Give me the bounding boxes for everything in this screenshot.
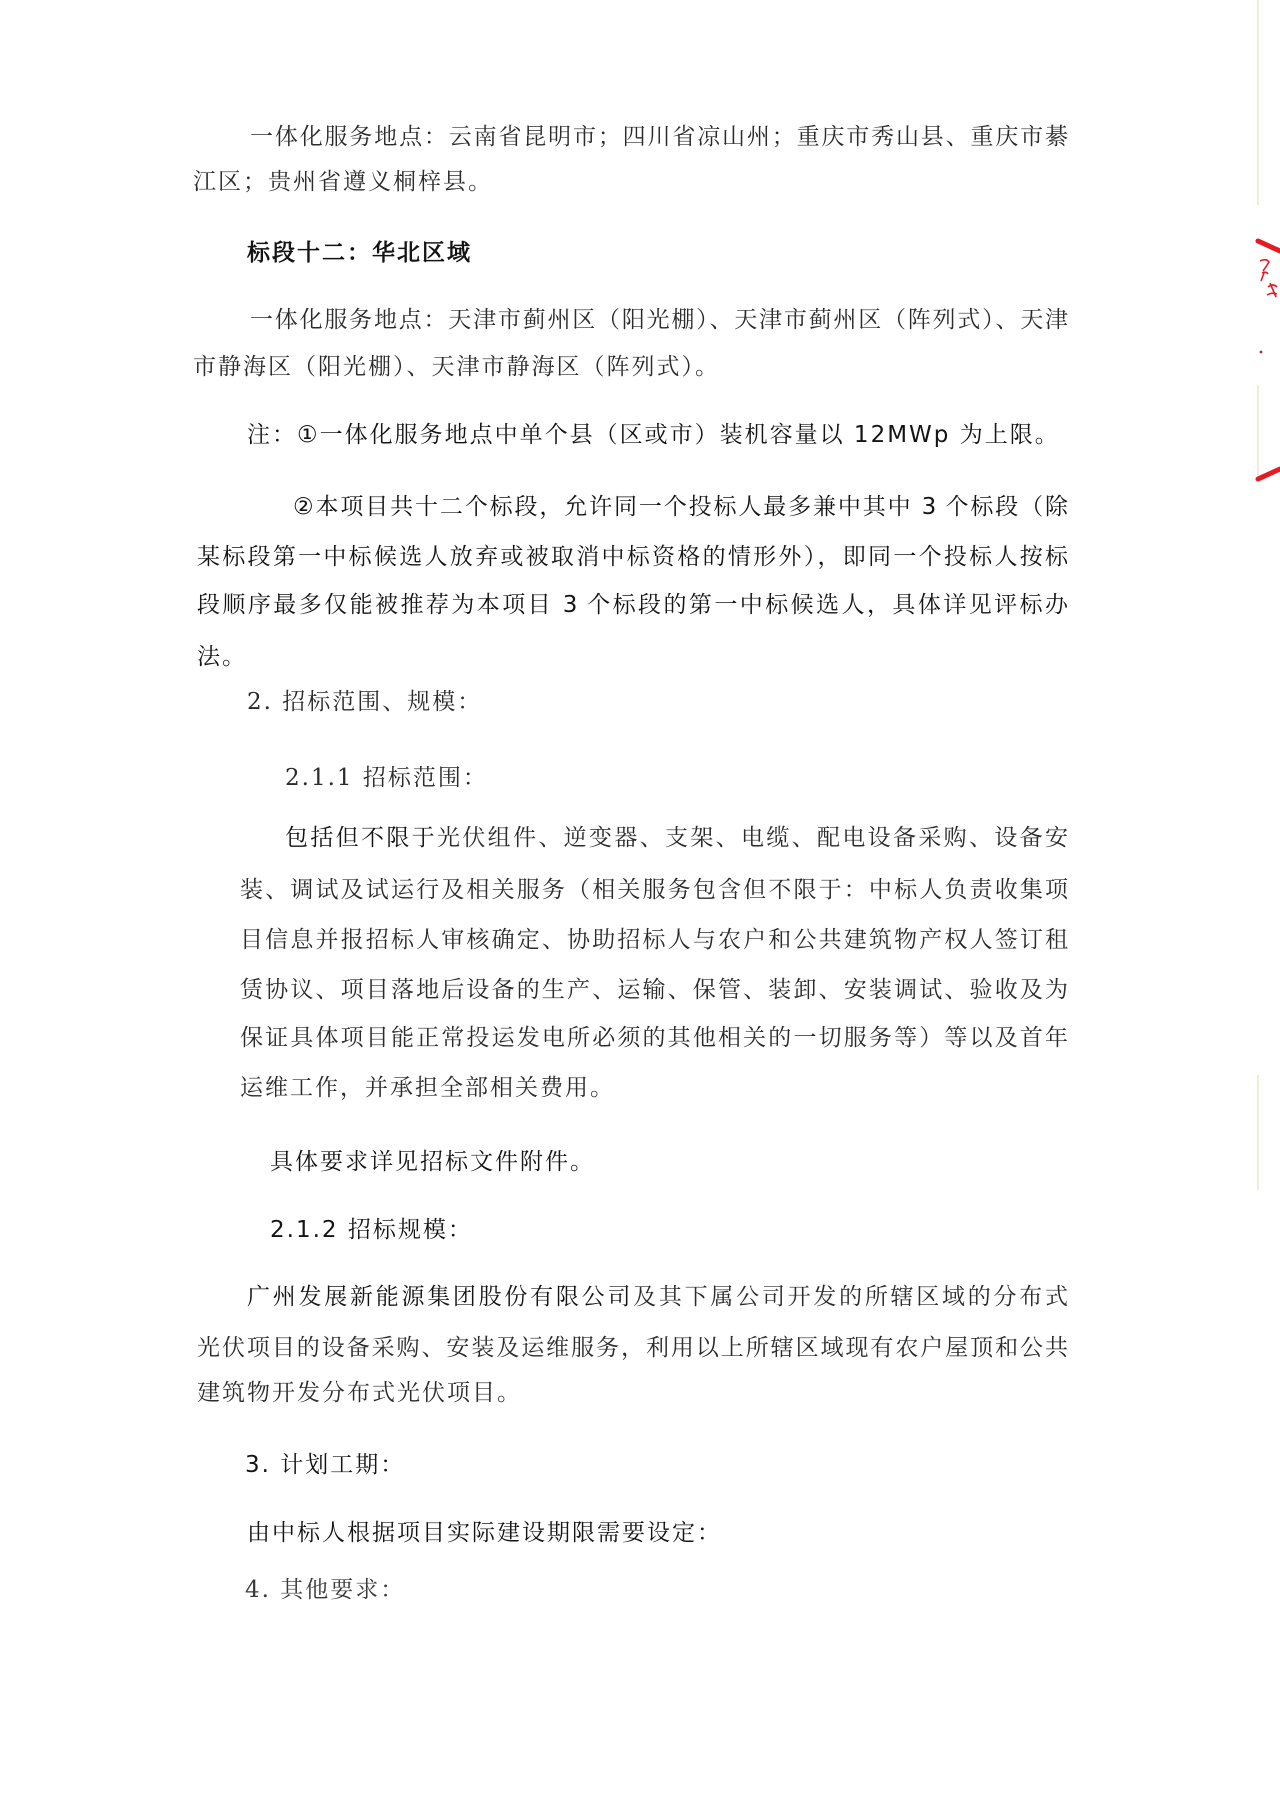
section-2-1-1-heading: 2.1.1 招标范围：: [285, 764, 488, 792]
scope-line-1-text: 光伏组件、逆变器、支架、电缆、配电设备采购、设备安: [437, 825, 1068, 851]
scope-detail-reference: 具体要求详见招标文件附件。: [270, 1148, 595, 1176]
scale-line-1-text: 及其下属公司开发的所辖区域的分布式: [633, 1284, 1068, 1310]
section-3-text: 由中标人根据项目实际建设期限需要设定：: [247, 1519, 722, 1547]
scope-line-6: 运维工作，并承担全部相关费用。: [240, 1074, 615, 1102]
scale-line-3: 建筑物开发分布式光伏项目。: [197, 1379, 522, 1407]
lot12-locations-line-1: 一体化服务地点：天津市蓟州区（阳光棚）、天津市蓟州区（阵列式）、天津: [250, 306, 1068, 334]
note-2-line-3: 段顺序最多仅能被推荐为本项目 3 个标段的第一中标候选人，具体详见评标办: [197, 591, 1068, 619]
section-2-heading: 2. 招标范围、规模：: [247, 688, 482, 716]
paper-fold-line: [1257, 0, 1259, 205]
scope-line-5: 保证具体项目能正常投运发电所必须的其他相关的一切服务等）等以及首年: [240, 1024, 1068, 1052]
scope-line-3: 目信息并报招标人审核确定、协助招标人与农户和公共建筑物产权人签订租: [240, 926, 1068, 954]
note-2-line-2: 某标段第一中标候选人放弃或被取消中标资格的情形外），即同一个投标人按标: [197, 543, 1068, 571]
paper-fold-line: [1257, 1075, 1259, 1190]
lot11-locations-line-1: 一体化服务地点：云南省昆明市；四川省凉山州；重庆市秀山县、重庆市綦: [250, 123, 1068, 151]
section-4-heading: 4. 其他要求：: [245, 1576, 405, 1604]
seal-stamp-fragment-icon: [1240, 225, 1280, 495]
lot12-heading: 标段十二：华北区域: [247, 239, 472, 267]
scale-line-2: 光伏项目的设备采购、安装及运维服务，利用以上所辖区域现有农户屋顶和公共: [197, 1334, 1068, 1362]
lot12-locations-line-2: 市静海区（阳光棚）、天津市静海区（阵列式）。: [193, 353, 720, 381]
scale-line-1: 广州发展新能源集团股份有限公司及其下属公司开发的所辖区域的分布式: [247, 1283, 1068, 1311]
document-page: 一体化服务地点：云南省昆明市；四川省凉山州；重庆市秀山县、重庆市綦 江区；贵州省…: [0, 0, 1280, 1811]
note-2-line-4: 法。: [197, 643, 247, 671]
lot11-locations-line-2: 江区；贵州省遵义桐梓县。: [193, 168, 493, 196]
note-1: 注：①一体化服务地点中单个县（区或市）装机容量以 12MWp 为上限。: [247, 421, 1060, 449]
note-2-line-1: ②本项目共十二个标段，允许同一个投标人最多兼中其中 3 个标段（除: [293, 493, 1068, 521]
scope-line-2: 装、调试及试运行及相关服务（相关服务包含但不限于：中标人负责收集项: [240, 876, 1068, 904]
scope-lead: 包括但不限于: [285, 825, 437, 851]
scope-line-4: 赁协议、项目落地后设备的生产、运输、保管、装卸、安装调试、验收及为: [240, 976, 1068, 1004]
scope-line-1: 包括但不限于光伏组件、逆变器、支架、电缆、配电设备采购、设备安: [285, 824, 1068, 852]
section-2-1-2-heading: 2.1.2 招标规模：: [270, 1216, 473, 1244]
scale-lead-company: 广州发展新能源集团股份有限公司: [247, 1284, 633, 1310]
section-3-heading: 3. 计划工期：: [245, 1451, 405, 1479]
